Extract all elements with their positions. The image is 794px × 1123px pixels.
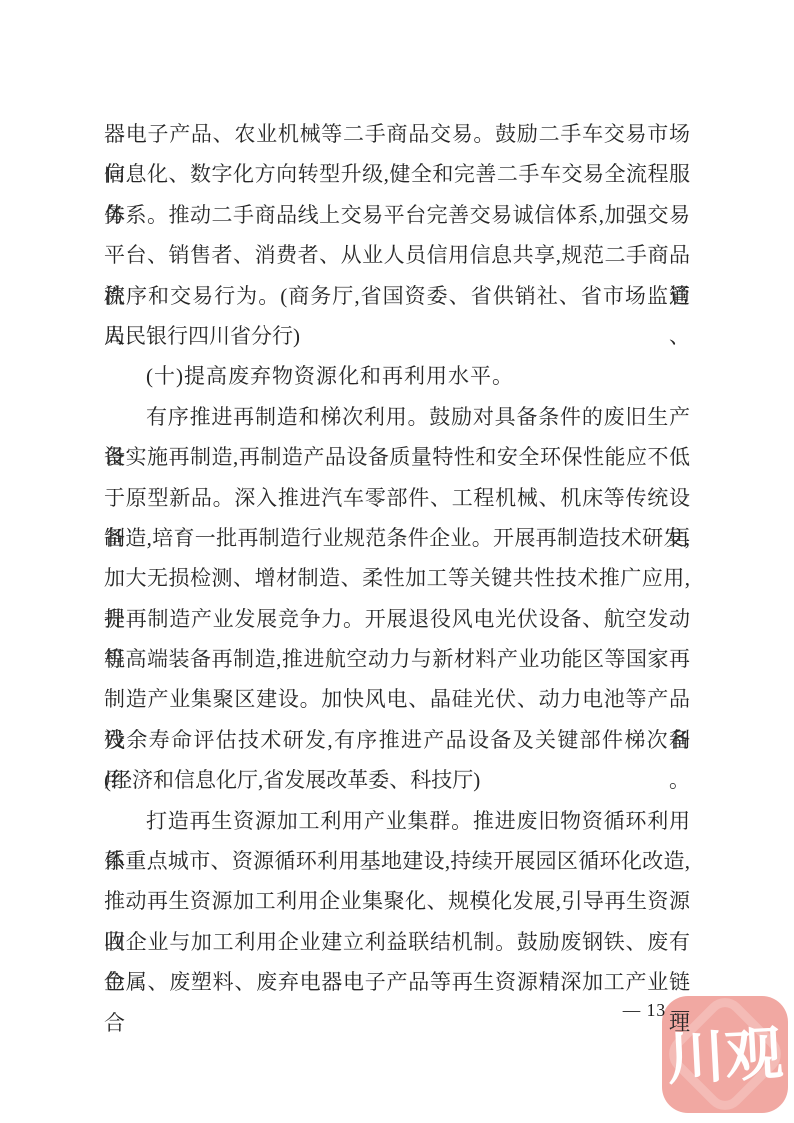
text-line: 制造产业集聚区建设。加快风电、晶硅光伏、动力电池等产品设备 bbox=[104, 679, 690, 719]
text-line: 于原型新品。深入推进汽车零部件、工程机械、机床等传统设备再 bbox=[104, 478, 690, 518]
text-line: 金属、废塑料、废弃电器电子产品等再生资源精深加工产业链合理 bbox=[104, 962, 690, 1002]
text-line: 升再制造产业发展竞争力。开展退役风电光伏设备、航空发动机 bbox=[104, 599, 690, 639]
text-line: 打造再生资源加工利用产业集群。推进废旧物资循环利用体 bbox=[104, 801, 690, 841]
text-line: 器电子产品、农业机械等二手商品交易。鼓励二手车交易市场向 bbox=[104, 114, 690, 154]
text-line: 加大无损检测、增材制造、柔性加工等关键共性技术推广应用,提 bbox=[104, 558, 690, 598]
text-line: 收企业与加工利用企业建立利益联结机制。鼓励废钢铁、废有色 bbox=[104, 922, 690, 962]
text-line: 秩序和交易行为。(商务厅,省国资委、省供销社、省市场监管局、 bbox=[104, 276, 690, 316]
text-line: 有序推进再制造和梯次利用。鼓励对具备条件的废旧生产设 bbox=[104, 397, 690, 437]
document-body: 器电子产品、农业机械等二手商品交易。鼓励二手车交易市场向信息化、数字化方向转型升… bbox=[104, 114, 690, 1003]
text-line: 等高端装备再制造,推进航空动力与新材料产业功能区等国家再 bbox=[104, 639, 690, 679]
text-line: 残余寿命评估技术研发,有序推进产品设备及关键部件梯次利用。 bbox=[104, 720, 690, 760]
text-line: 备实施再制造,再制造产品设备质量特性和安全环保性能应不低 bbox=[104, 437, 690, 477]
section-heading: (十)提高废弃物资源化和再利用水平。 bbox=[104, 356, 690, 396]
text-line: 制造,培育一批再制造行业规范条件企业。开展再制造技术研发, bbox=[104, 518, 690, 558]
text-line: 推动再生资源加工利用企业集聚化、规模化发展,引导再生资源回 bbox=[104, 881, 690, 921]
text-line: 信息化、数字化方向转型升级,健全和完善二手车交易全流程服务 bbox=[104, 154, 690, 194]
text-line: 平台、销售者、消费者、从业人员信用信息共享,规范二手商品流通 bbox=[104, 235, 690, 275]
text-line: 系重点城市、资源循环利用基地建设,持续开展园区循环化改造, bbox=[104, 841, 690, 881]
text-line: 体系。推动二手商品线上交易平台完善交易诚信体系,加强交易 bbox=[104, 195, 690, 235]
page-number: — 13 — bbox=[623, 1000, 690, 1021]
document-page: 器电子产品、农业机械等二手商品交易。鼓励二手车交易市场向信息化、数字化方向转型升… bbox=[0, 0, 794, 1123]
